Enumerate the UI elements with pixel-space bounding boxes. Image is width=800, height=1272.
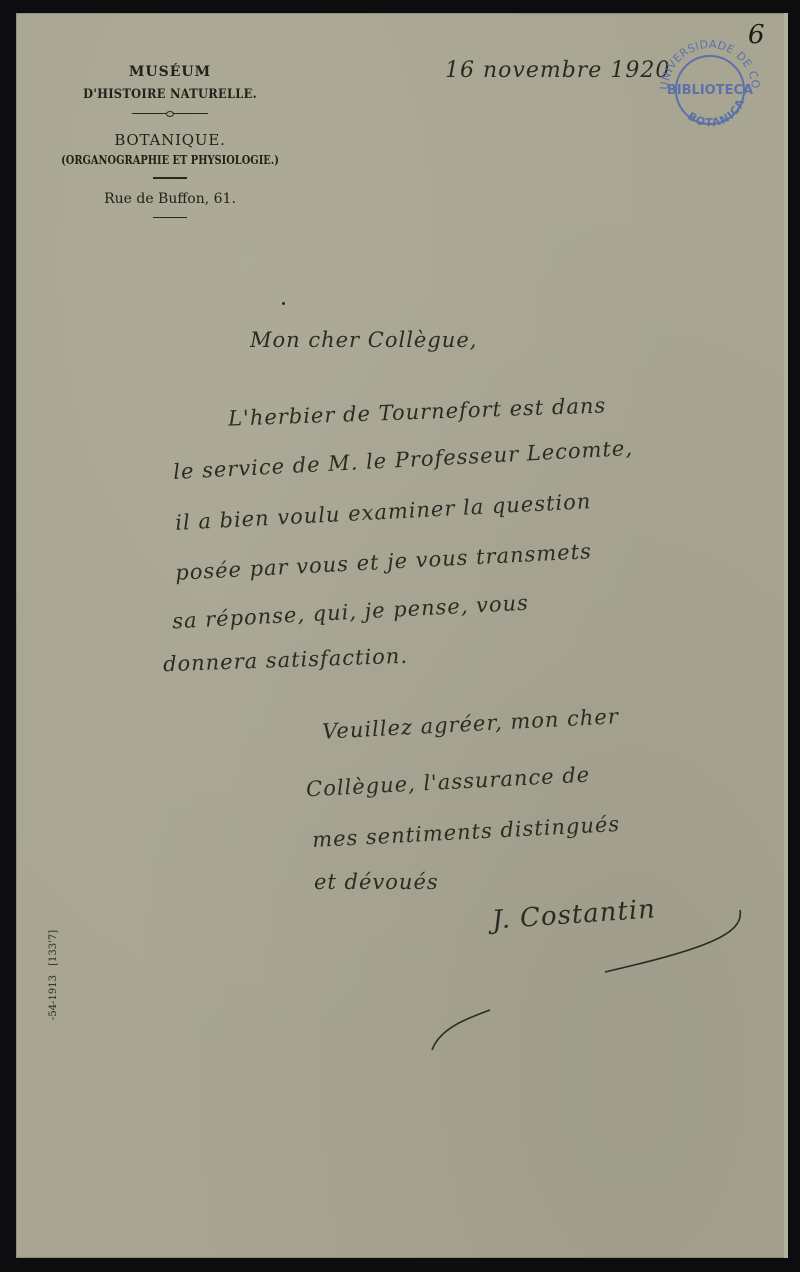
svg-text:UNIVERSIDADE DE COIMBRA: UNIVERSIDADE DE COIMBRA <box>654 30 762 90</box>
letterhead-department: BOTANIQUE. <box>50 131 290 149</box>
divider-rule <box>153 177 187 179</box>
letterhead: MUSÉUM D'HISTOIRE NATURELLE. BOTANIQUE. … <box>50 64 290 218</box>
pen-stroke-mark <box>428 1008 498 1058</box>
ornament-divider <box>132 111 208 117</box>
divider-rule <box>153 217 187 218</box>
letterhead-institution-line2: D'HISTOIRE NATURELLE. <box>64 87 275 102</box>
letterhead-institution: MUSÉUM <box>50 64 290 80</box>
archive-reference: -54-1913 [133'7] <box>48 930 59 1020</box>
letterhead-subdepartment: (ORGANOGRAPHIE ET PHYSIOLOGIE.) <box>55 153 285 167</box>
stamp-outer-text: UNIVERSIDADE DE COIMBRA <box>654 30 762 90</box>
letter-date: 16 novembre 1920 <box>445 58 670 83</box>
letterhead-address: Rue de Buffon, 61. <box>50 191 290 207</box>
library-stamp: UNIVERSIDADE DE COIMBRA BIBLIOTECA BOTAN… <box>654 30 766 142</box>
ink-dot <box>282 302 285 305</box>
stamp-center-text: BIBLIOTECA <box>667 83 753 98</box>
paper-edge <box>784 13 788 1258</box>
closing-line-4: et dévoués <box>314 870 439 894</box>
svg-text:BOTANICA: BOTANICA <box>685 96 747 129</box>
stamp-bottom-text: BOTANICA <box>685 96 747 129</box>
signature-flourish <box>600 910 750 980</box>
salutation: Mon cher Collègue, <box>250 328 477 352</box>
